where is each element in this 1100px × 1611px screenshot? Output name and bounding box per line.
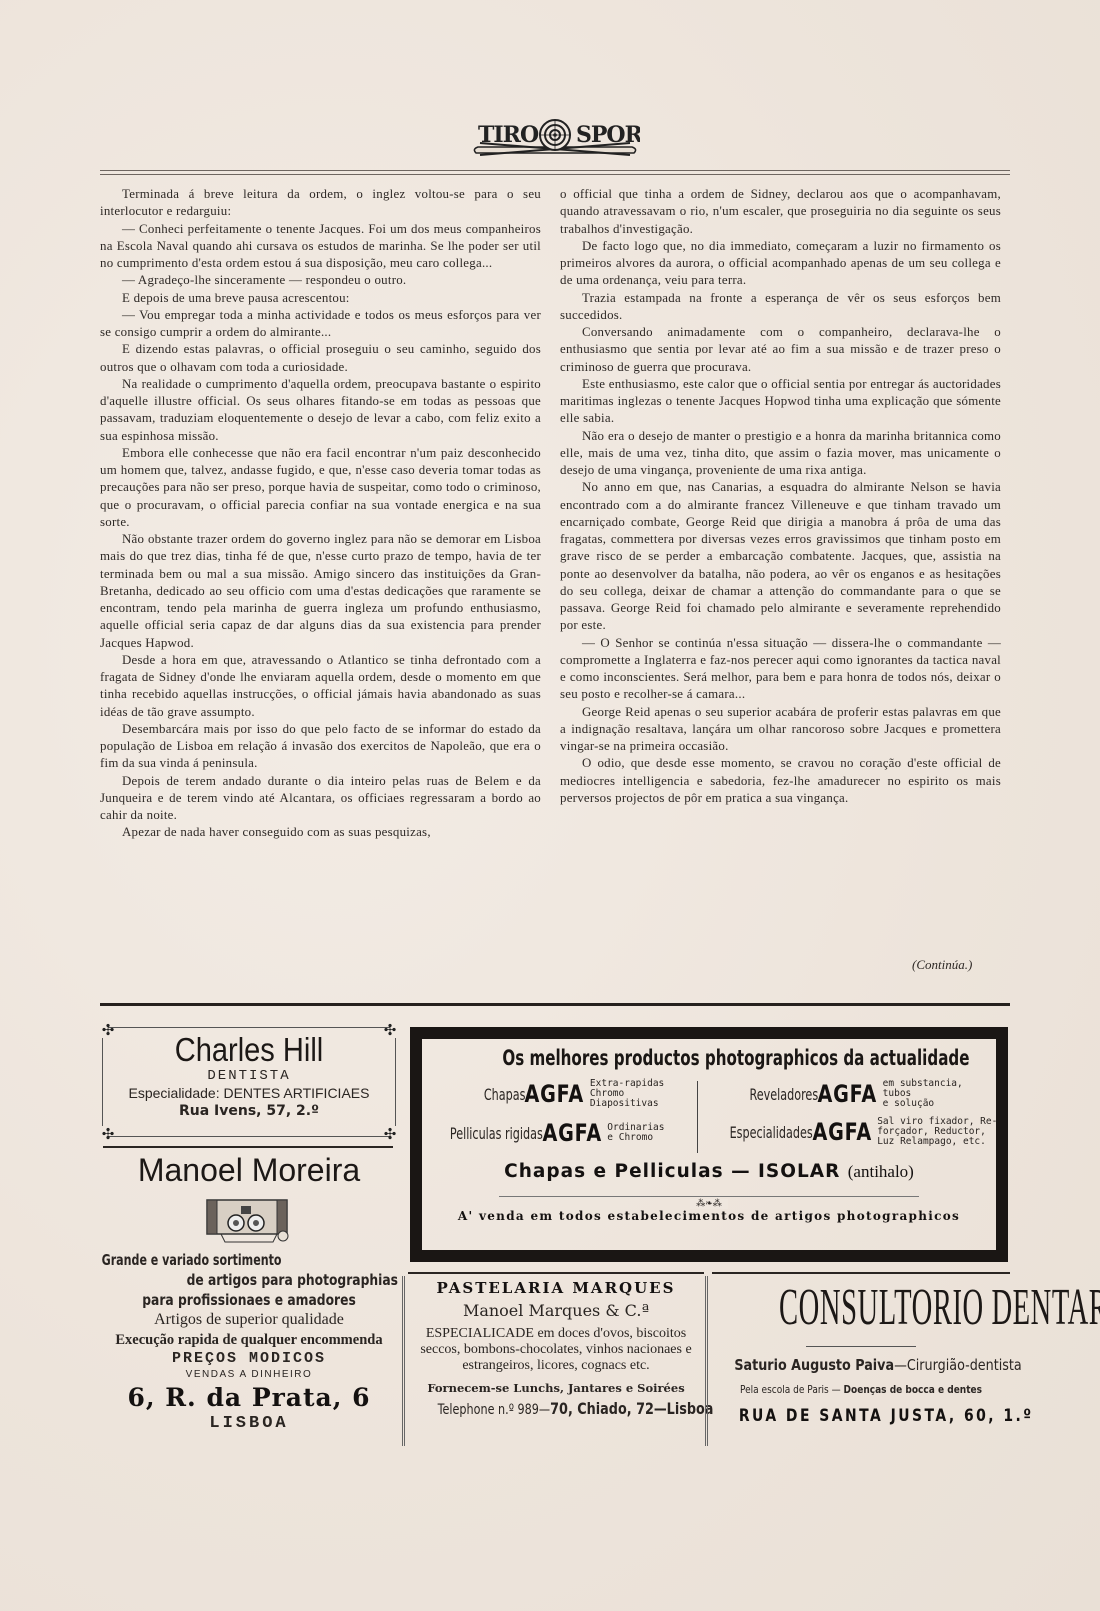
paragraph: O odio, que desde esse momento, se cravo… [560, 755, 1001, 807]
ad-address: 6, R. da Prata, 6 [100, 1382, 398, 1414]
svg-text:SPORT: SPORT [576, 122, 640, 148]
fleuron-icon: ⁂❧⁂ [690, 1199, 728, 1209]
paragraph: E dizendo estas palavras, o official pro… [100, 341, 541, 376]
ad-manoel-moreira: Manoel Moreira Grande e variado sortimen… [100, 1150, 398, 1434]
paragraph: Trazia estampada na fronte a esperança d… [560, 290, 1001, 325]
ad-name: CONSULTORIO DENTARIO [779, 1276, 943, 1340]
ad-name: Manoel Moreira [100, 1150, 398, 1190]
ad-address: RUA DE SANTA JUSTA, 60, 1.º [739, 1403, 983, 1429]
isolar-line: Chapas e Pelliculas — ISOLAR (antihalo) [422, 1159, 996, 1185]
fleuron-corner-icon: ✣ [100, 1022, 116, 1038]
paragraph: Na realidade o cumprimento d'aquella ord… [100, 376, 541, 445]
ad-line: Execução rapida de qualquer encommenda [100, 1330, 398, 1350]
paragraph: Este enthusiasmo, este calor que o offic… [560, 376, 1001, 428]
paragraph: No anno em que, nas Canarias, a esquadra… [560, 479, 1001, 634]
agfa-product-item: Especialidades AGFA Sal viro fixador, Re… [694, 1117, 997, 1147]
paragraph: Terminada á breve leitura da ordem, o in… [100, 186, 541, 221]
paragraph: — Conheci perfeitamente o tenente Jacque… [100, 221, 541, 273]
ad-contact: Telephone n.º 989—70, Chiado, 72—Lisboa [438, 1398, 675, 1421]
fleuron-corner-icon: ✣ [382, 1126, 398, 1142]
ad-consultorio-dentario: CONSULTORIO DENTARIO Saturio Augusto Pai… [712, 1272, 1010, 1429]
ad-line: para profissionaes e amadores [127, 1290, 371, 1310]
column-divider [705, 1276, 708, 1446]
ad-footer: A' venda em todos estabelecimentos de ar… [422, 1207, 996, 1225]
column-divider [402, 1276, 405, 1446]
paragraph: George Reid apenas o seu superior acabár… [560, 704, 1001, 756]
ad-address: Rua Ivens, 57, 2.º [108, 1102, 390, 1120]
fleuron-corner-icon: ✣ [100, 1126, 116, 1142]
advertisements-divider [100, 1003, 1010, 1006]
paragraph: Desembarcára mais por isso do que pelo f… [100, 721, 541, 773]
ad-charles-hill: ✣ ✣ ✣ ✣ Charles Hill DENTISTA Especialid… [108, 1027, 390, 1137]
paragraph: Apezar de nada haver conseguido com as s… [100, 824, 541, 841]
ornament-divider: ⁂❧⁂ [499, 1191, 919, 1201]
agfa-product-item: Reveladores AGFA em substancia, tubos e … [720, 1079, 963, 1109]
article-left-column: Terminada á breve leitura da ordem, o in… [100, 186, 541, 842]
agfa-product-grid: Chapas AGFA Extra-rapidas Chromo Diaposi… [422, 1075, 996, 1155]
agfa-product-item: Chapas AGFA Extra-rapidas Chromo Diaposi… [466, 1079, 664, 1109]
continued-note: (Continúa.) [912, 957, 972, 973]
target-crossed-rifles-icon: TIRO SPORT [470, 115, 640, 163]
ad-credentials: Pela escola de Paris — Doenças de bocca … [739, 1381, 983, 1399]
ad-line: Artigos de superior qualidade [100, 1310, 398, 1330]
masthead-logo: TIRO SPORT [470, 115, 640, 163]
paragraph: — Vou empregar toda a minha actividade e… [100, 307, 541, 342]
paragraph: Desde a hora em que, atravessando o Atla… [100, 652, 541, 721]
ad-city: LISBOA [100, 1414, 398, 1434]
paragraph: — O Senhor se continúa n'essa situação —… [560, 635, 1001, 704]
ad-specialty: Especialidade: DENTES ARTIFICIAES [108, 1084, 390, 1102]
ad-description: ESPECIALICADE em doces d'ovos, biscoitos… [408, 1326, 704, 1374]
paragraph: Depois de terem andado durante o dia int… [100, 773, 541, 825]
svg-text:TIRO: TIRO [478, 122, 539, 148]
ad-profession: DENTISTA [108, 1068, 390, 1084]
article-right-column: o official que tinha a ordem de Sidney, … [560, 186, 1001, 807]
ad-line: VENDAS A DINHEIRO [100, 1368, 398, 1382]
paragraph: o official que tinha a ordem de Sidney, … [560, 186, 1001, 238]
ad-headline: Os melhores productos photographicos da … [502, 1043, 915, 1073]
ad-line: Grande e variado sortimento [100, 1250, 344, 1270]
ad-name: Charles Hill [125, 1032, 373, 1068]
paragraph: Não era o desejo de manter o prestigio e… [560, 428, 1001, 480]
ad-name: PASTELARIA MARQUES [408, 1276, 704, 1300]
paragraph: — Agradeço-lhe sinceramente — respondeu … [100, 272, 541, 289]
ad-divider [103, 1146, 393, 1148]
newspaper-page: TIRO SPORT Terminada á breve leitura da … [0, 0, 1100, 1611]
ad-owner: Manoel Marques & C.ª [408, 1300, 704, 1322]
header-double-rule [100, 170, 1010, 175]
ad-line: PREÇOS MODICOS [100, 1350, 398, 1368]
ad-divider [806, 1346, 916, 1347]
agfa-product-item: Pelliculas rigidas AGFA Ordinarias e Chr… [422, 1119, 665, 1147]
ad-pastelaria-marques: PASTELARIA MARQUES Manoel Marques & C.ª … [408, 1272, 704, 1421]
ad-services: Fornecem-se Lunchs, Jantares e Soirées [408, 1378, 704, 1398]
paragraph: Conversando animadamente com o companhei… [560, 324, 1001, 376]
fleuron-corner-icon: ✣ [382, 1022, 398, 1038]
paragraph: Não obstante trazer ordem do governo ing… [100, 531, 541, 652]
ad-line: de artigos para photographias [154, 1270, 398, 1290]
paragraph: E depois de uma breve pausa acrescentou: [100, 290, 541, 307]
paragraph: De facto logo que, no dia immediato, com… [560, 238, 1001, 290]
stereo-camera-icon [203, 1196, 295, 1246]
paragraph: Embora elle conhecesse que não era facil… [100, 445, 541, 531]
ad-practitioner: Saturio Augusto Paiva—Cirurgião-dentista [734, 1355, 987, 1375]
ad-agfa: Os melhores productos photographicos da … [410, 1027, 1008, 1262]
